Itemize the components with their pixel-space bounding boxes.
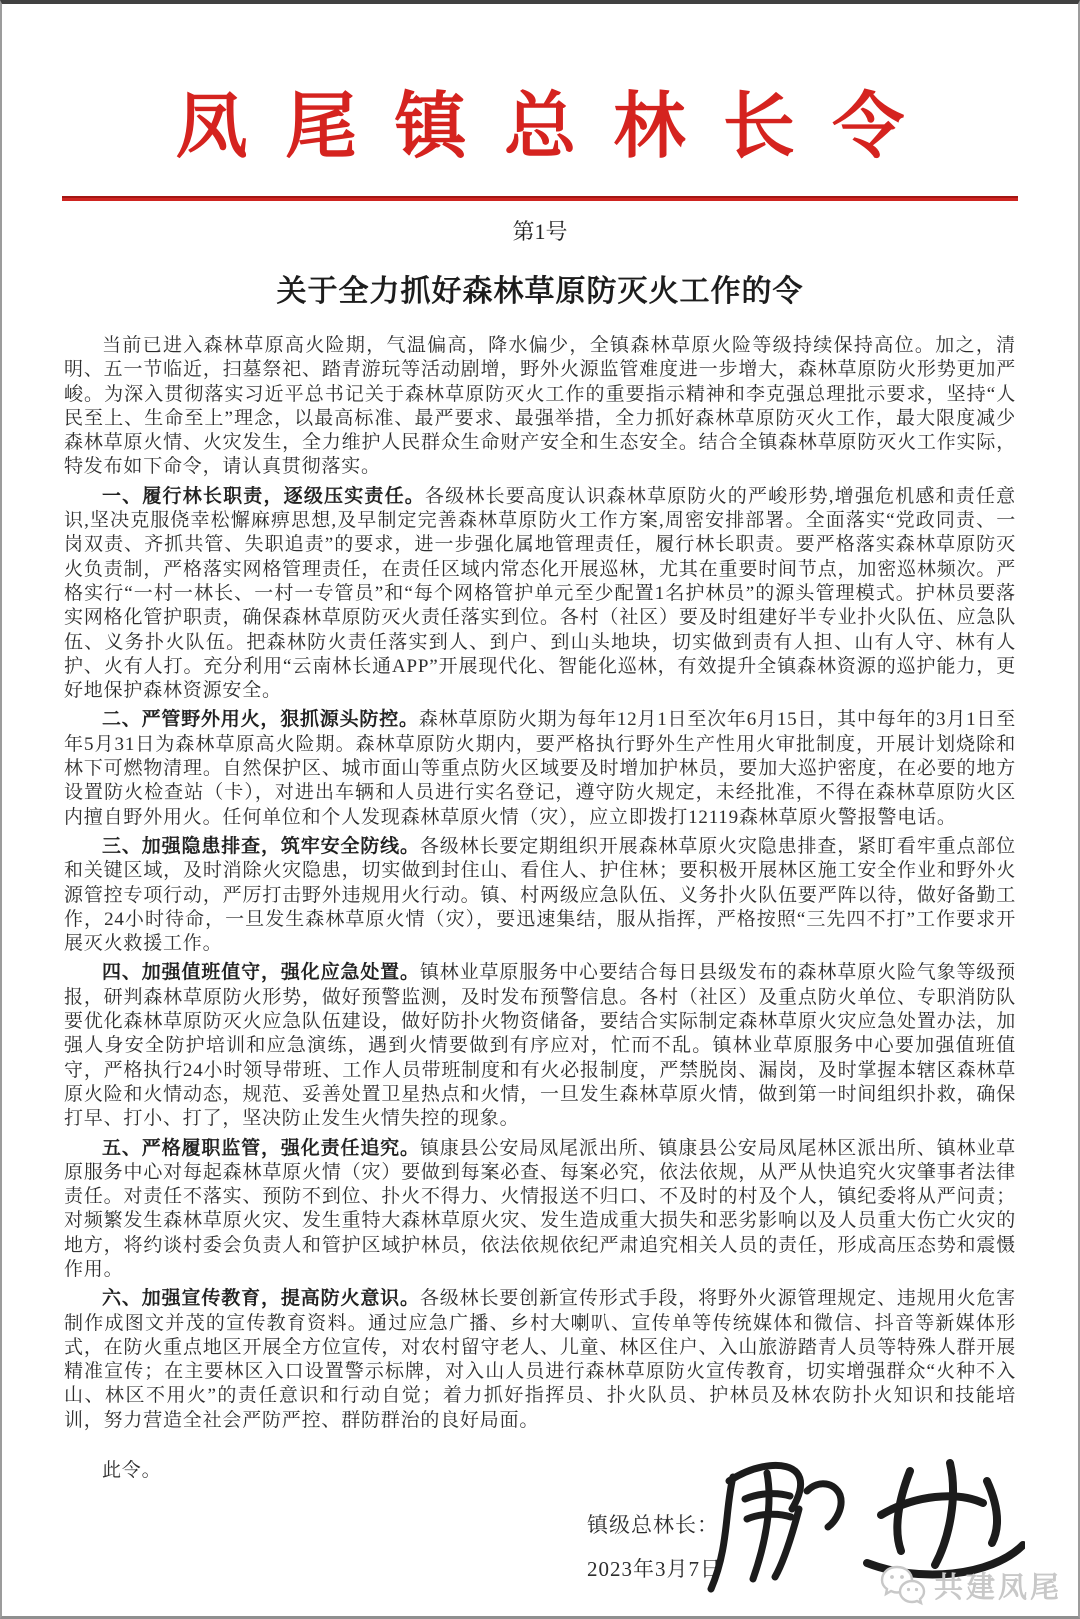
section-heading: 三、加强隐患排查，筑牢安全防线。	[102, 836, 420, 857]
section-body-text: 各级林长要高度认识森林草原防火的严峻形势,增强危机感和责任意识,坚决克服侥幸松懈…	[64, 486, 1016, 701]
section-heading: 四、加强值班值守，强化应急处置。	[102, 962, 420, 983]
red-divider-line	[62, 196, 1018, 201]
section-paragraph: 六、加强宣传教育，提高防火意识。各级林长要创新宣传形式手段，将野外火源管理规定、…	[64, 1287, 1016, 1433]
section-heading: 二、严管野外用火，狠抓源头防控。	[102, 709, 419, 730]
section-paragraph: 五、严格履职监管，强化责任追究。镇康县公安局凤尾派出所、镇康县公安局凤尾林区派出…	[64, 1137, 1016, 1283]
section-paragraph: 四、加强值班值守，强化应急处置。镇林业草原服务中心要结合每日县级发布的森林草原火…	[64, 961, 1016, 1131]
signer-title-label: 镇级总林长：	[587, 1509, 1027, 1539]
watermark-text: 共建凤尾	[934, 1565, 1062, 1606]
section-body-text: 各级林长要创新宣传形式手段，将野外火源管理规定、违规用火危害制作成图文并茂的宣传…	[64, 1288, 1016, 1430]
intro-paragraph: 当前已进入森林草原高火险期，气温偏高，降水偏少，全镇森林草原火险等级持续保持高位…	[64, 334, 1016, 480]
closing-statement: 此令。	[64, 1459, 1016, 1483]
issue-number: 第1号	[2, 215, 1078, 246]
document-body: 当前已进入森林草原高火险期，气温偏高，降水偏少，全镇森林草原火险等级持续保持高位…	[64, 334, 1016, 1604]
section-heading: 六、加强宣传教育，提高防火意识。	[102, 1288, 420, 1309]
section-body-text: 镇林业草原服务中心要结合每日县级发布的森林草原火险气象等级预报，研判森林草原防火…	[64, 962, 1016, 1129]
section-heading: 五、严格履职监管，强化责任追究。	[102, 1138, 420, 1159]
section-paragraph: 二、严管野外用火，狠抓源头防控。森林草原防火期为每年12月1日至次年6月15日，…	[64, 708, 1016, 829]
wechat-logo-icon	[879, 1564, 927, 1606]
section-heading: 一、履行林长职责，逐级压实责任。	[102, 486, 425, 507]
section-paragraph: 三、加强隐患排查，筑牢安全防线。各级林长要定期组织开展森林草原火灾隐患排查，紧盯…	[64, 835, 1016, 956]
order-subtitle: 关于全力抓好森林草原防灭火工作的令	[2, 266, 1078, 310]
document-page: 凤尾镇总林长令 第1号 关于全力抓好森林草原防灭火工作的令 当前已进入森林草原高…	[0, 0, 1080, 1619]
watermark: 共建凤尾	[879, 1564, 1062, 1606]
sections-container: 一、履行林长职责，逐级压实责任。各级林长要高度认识森林草原防火的严峻形势,增强危…	[64, 485, 1016, 1433]
section-paragraph: 一、履行林长职责，逐级压实责任。各级林长要高度认识森林草原防火的严峻形势,增强危…	[64, 485, 1016, 704]
document-title: 凤尾镇总林长令	[2, 88, 1078, 166]
